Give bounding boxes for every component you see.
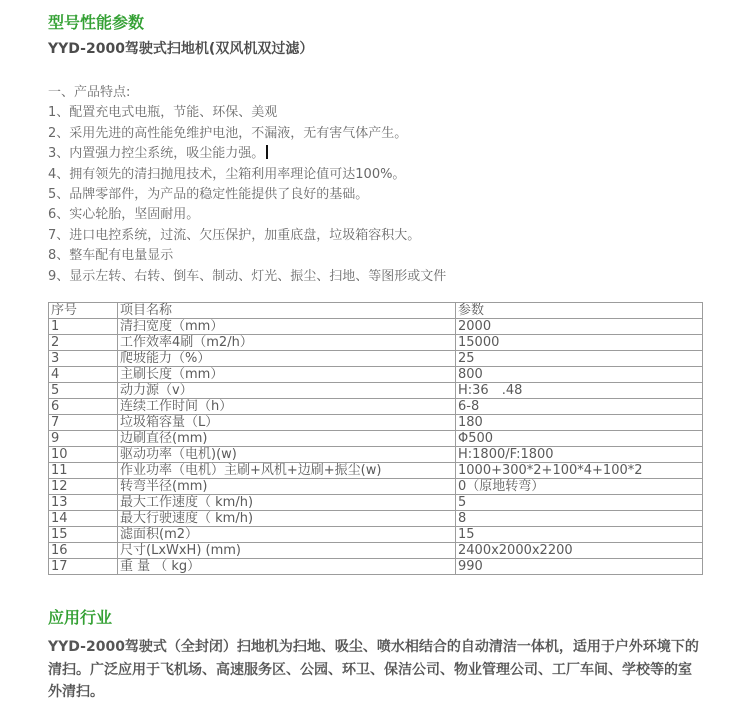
cell-name: 爬坡能力（%） (118, 351, 456, 367)
cell-name: 工作效率4刷（m2/h） (118, 335, 456, 351)
cell-name: 转弯半径(mm) (118, 479, 456, 495)
cell-value: 1000+300*2+100*4+100*2 (456, 463, 703, 479)
cell-value: Φ500 (456, 431, 703, 447)
cell-no: 12 (49, 479, 118, 495)
table-row: 3 爬坡能力（%） 25 (49, 351, 703, 367)
cell-name: 作业功率（电机）主刷+风机+边刷+振尘(w) (118, 463, 456, 479)
cell-name: 滤面积(m2） (118, 527, 456, 543)
text-cursor-icon (266, 145, 268, 159)
cell-name: 主刷长度（mm） (118, 367, 456, 383)
feature-item: 7、进口电控系统，过流、欠压保护，加重底盘，垃圾箱容积大。 (48, 226, 702, 246)
cell-name: 尺寸(LxWxH) (mm) (118, 543, 456, 559)
cell-value: H:36 .48 (456, 383, 703, 399)
cell-value: 0（原地转弯） (456, 479, 703, 495)
cell-name: 清扫宽度（mm） (118, 319, 456, 335)
cell-no: 2 (49, 335, 118, 351)
application-text: YYD-2000驾驶式（全封闭）扫地机为扫地、吸尘、喷水相结合的自动清洁一体机，… (48, 636, 700, 704)
feature-item: 2、采用先进的高性能免维护电池，不漏液，无有害气体产生。 (48, 124, 702, 144)
cell-no: 16 (49, 543, 118, 559)
feature-list-heading: 一、产品特点: (48, 83, 702, 103)
feature-item: 5、品牌零部件，为产品的稳定性能提供了良好的基础。 (48, 185, 702, 205)
cell-value: 15 (456, 527, 703, 543)
table-row: 6 连续工作时间（h） 6-8 (49, 399, 703, 415)
table-row: 5 动力源（v） H:36 .48 (49, 383, 703, 399)
cell-no: 14 (49, 511, 118, 527)
table-row: 15 滤面积(m2） 15 (49, 527, 703, 543)
cell-value: 990 (456, 559, 703, 575)
table-row: 14 最大行驶速度（ km/h) 8 (49, 511, 703, 527)
feature-item-text: 3、内置强力控尘系统，吸尘能力强。 (48, 146, 264, 161)
cell-no: 15 (49, 527, 118, 543)
cell-no: 7 (49, 415, 118, 431)
cell-value: 2400x2000x2200 (456, 543, 703, 559)
section-title-specs: 型号性能参数 (48, 13, 702, 32)
cell-no: 10 (49, 447, 118, 463)
cell-name: 边刷直径(mm) (118, 431, 456, 447)
cell-no: 9 (49, 431, 118, 447)
cell-value: 25 (456, 351, 703, 367)
feature-item: 3、内置强力控尘系统，吸尘能力强。 (48, 144, 702, 164)
cell-name: 连续工作时间（h） (118, 399, 456, 415)
table-row: 4 主刷长度（mm） 800 (49, 367, 703, 383)
table-row: 13 最大工作速度（ km/h) 5 (49, 495, 703, 511)
col-header-no: 序号 (49, 303, 118, 319)
cell-no: 5 (49, 383, 118, 399)
feature-item: 6、实心轮胎，坚固耐用。 (48, 205, 702, 225)
cell-value: 180 (456, 415, 703, 431)
cell-no: 3 (49, 351, 118, 367)
cell-name: 动力源（v） (118, 383, 456, 399)
cell-name: 垃圾箱容量（L） (118, 415, 456, 431)
cell-value: 8 (456, 511, 703, 527)
table-row: 11 作业功率（电机）主刷+风机+边刷+振尘(w) 1000+300*2+100… (49, 463, 703, 479)
spec-page: 型号性能参数 YYD-2000驾驶式扫地机(双风机双过滤） 一、产品特点: 1、… (0, 0, 736, 704)
cell-name: 驱动功率（电机)(w) (118, 447, 456, 463)
table-row: 10 驱动功率（电机)(w) H:1800/F:1800 (49, 447, 703, 463)
cell-name: 最大工作速度（ km/h) (118, 495, 456, 511)
table-row: 12 转弯半径(mm) 0（原地转弯） (49, 479, 703, 495)
table-row: 1 清扫宽度（mm） 2000 (49, 319, 703, 335)
feature-item: 1、配置充电式电瓶，节能、环保、美观 (48, 103, 702, 123)
table-row: 16 尺寸(LxWxH) (mm) 2400x2000x2200 (49, 543, 703, 559)
cell-value: 2000 (456, 319, 703, 335)
cell-value: 800 (456, 367, 703, 383)
spec-table: 序号 项目名称 参数 1 清扫宽度（mm） 2000 2 工作效率4刷（m2/h… (48, 302, 703, 575)
section-title-application: 应用行业 (48, 608, 702, 627)
table-row: 17 重 量 （ kg） 990 (49, 559, 703, 575)
cell-value: 15000 (456, 335, 703, 351)
cell-name: 最大行驶速度（ km/h) (118, 511, 456, 527)
col-header-value: 参数 (456, 303, 703, 319)
cell-value: H:1800/F:1800 (456, 447, 703, 463)
cell-value: 5 (456, 495, 703, 511)
table-row: 7 垃圾箱容量（L） 180 (49, 415, 703, 431)
cell-no: 6 (49, 399, 118, 415)
table-row: 2 工作效率4刷（m2/h） 15000 (49, 335, 703, 351)
cell-no: 1 (49, 319, 118, 335)
feature-item: 9、显示左转、右转、倒车、制动、灯光、振尘、扫地、等图形或文件 (48, 267, 702, 287)
table-header-row: 序号 项目名称 参数 (49, 303, 703, 319)
cell-no: 4 (49, 367, 118, 383)
table-row: 9 边刷直径(mm) Φ500 (49, 431, 703, 447)
cell-no: 17 (49, 559, 118, 575)
feature-list: 一、产品特点: 1、配置充电式电瓶，节能、环保、美观 2、采用先进的高性能免维护… (48, 83, 702, 287)
col-header-name: 项目名称 (118, 303, 456, 319)
cell-no: 13 (49, 495, 118, 511)
feature-item: 4、拥有领先的清扫抛甩技术，尘箱利用率理论值可达100%。 (48, 165, 702, 185)
product-title: YYD-2000驾驶式扫地机(双风机双过滤） (48, 41, 702, 58)
cell-no: 11 (49, 463, 118, 479)
cell-value: 6-8 (456, 399, 703, 415)
feature-item: 8、整车配有电量显示 (48, 246, 702, 266)
cell-name: 重 量 （ kg） (118, 559, 456, 575)
